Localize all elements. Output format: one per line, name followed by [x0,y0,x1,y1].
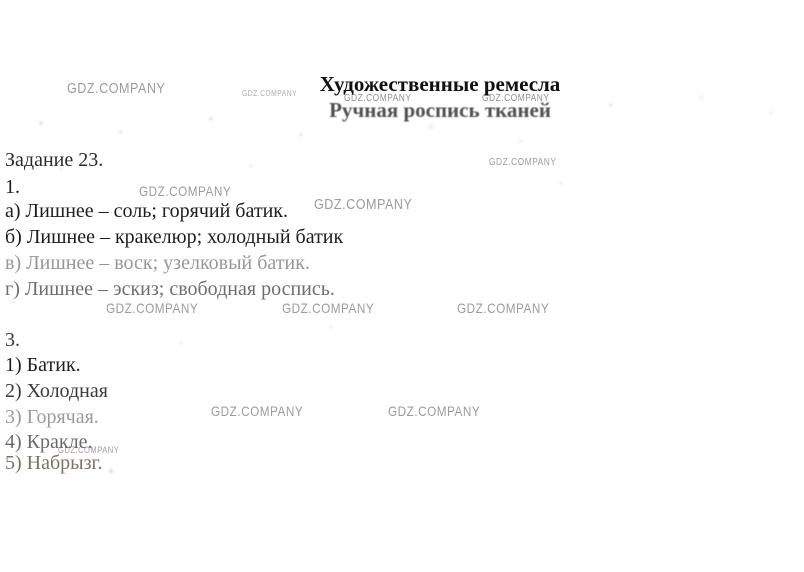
watermark: GDZ.COMPANY [489,157,556,168]
part1-answer-b: б) Лишнее – кракелюр; холодный батик [5,225,343,249]
part3-answer-3: 3) Горячая. [5,405,99,429]
part3-answer-5: 5) Набрызг. [5,451,102,475]
part3-answer-1: 1) Батик. [5,353,81,377]
part3-answer-2: 2) Холодная [5,379,108,403]
page-title: Художественные ремесла Ручная роспись тк… [306,71,574,123]
part1-answer-g: г) Лишнее – эскиз; свободная роспись. [5,277,335,301]
part1-label: 1. [5,175,20,199]
task-heading: Задание 23. [5,148,103,172]
scan-noise [0,0,2,2]
watermark: GDZ.COMPANY [314,196,412,213]
watermark: GDZ.COMPANY [67,80,165,97]
part1-answer-v: в) Лишнее – воск; узелковый батик. [5,251,310,275]
watermark: GDZ.COMPANY [282,300,374,316]
watermark: GDZ.COMPANY [139,183,231,199]
watermark: GDZ.COMPANY [242,89,297,98]
watermark: GDZ.COMPANY [457,300,549,316]
part3-label: 3. [5,328,20,352]
watermark: GDZ.COMPANY [388,403,480,419]
watermark: GDZ.COMPANY [211,403,303,419]
watermark: GDZ.COMPANY [106,300,198,316]
document-page: GDZ.COMPANY GDZ.COMPANY GDZ.COMPANY GDZ.… [0,0,804,572]
title-line-1: Художественные ремесла [306,71,574,97]
title-line-2: Ручная роспись тканей [306,97,574,123]
part1-answer-a: а) Лишнее – соль; горячий батик. [5,199,288,223]
